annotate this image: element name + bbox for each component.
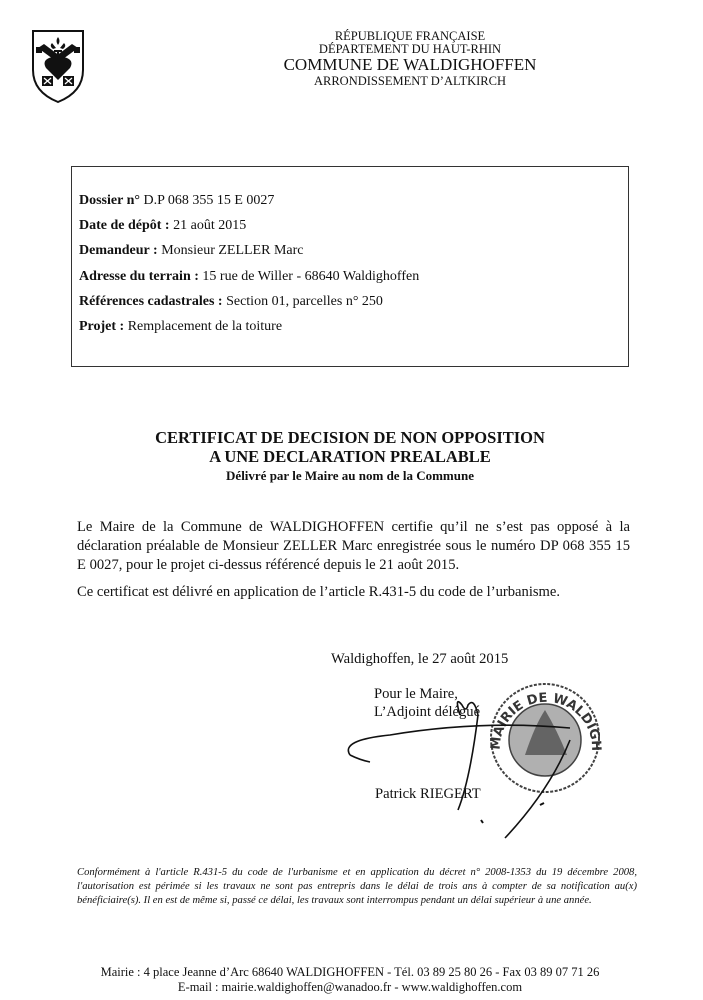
header-republic: RÉPUBLIQUE FRANÇAISE — [190, 30, 630, 43]
header-commune: COMMUNE DE WALDIGHOFFEN — [190, 56, 630, 73]
footer-contact: E-mail : mairie.waldighoffen@wanadoo.fr … — [60, 981, 640, 994]
document-subtitle: Délivré par le Maire au nom de la Commun… — [100, 469, 600, 482]
field-references-cadastrales: Références cadastrales : Section 01, par… — [79, 294, 383, 310]
field-projet: Projet : Remplacement de la toiture — [79, 319, 282, 335]
legal-notice: Conformément à l'article R.431-5 du code… — [77, 866, 637, 908]
legal-basis-paragraph: Ce certificat est délivré en application… — [77, 583, 630, 602]
document-title-line1: CERTIFICAT DE DECISION DE NON OPPOSITION — [100, 430, 600, 447]
header-department: DÉPARTEMENT DU HAUT-RHIN — [190, 43, 630, 56]
footer-address: Mairie : 4 place Jeanne d’Arc 68640 WALD… — [60, 966, 640, 979]
field-demandeur: Demandeur : Monsieur ZELLER Marc — [79, 243, 303, 259]
coat-of-arms-icon — [30, 28, 86, 104]
field-dossier-number: Dossier n° D.P 068 355 15 E 0027 — [79, 193, 274, 209]
field-date-depot: Date de dépôt : 21 août 2015 — [79, 218, 246, 234]
document-title-line2: A UNE DECLARATION PREALABLE — [100, 449, 600, 466]
header-arrondissement: ARRONDISSEMENT D’ALTKIRCH — [190, 75, 630, 88]
signature-and-stamp-icon: MAIRIE DE WALDIGHOFFEN — [330, 660, 610, 850]
field-adresse-terrain: Adresse du terrain : 15 rue de Willer - … — [79, 269, 419, 285]
certification-paragraph: Le Maire de la Commune de WALDIGHOFFEN c… — [77, 518, 630, 575]
